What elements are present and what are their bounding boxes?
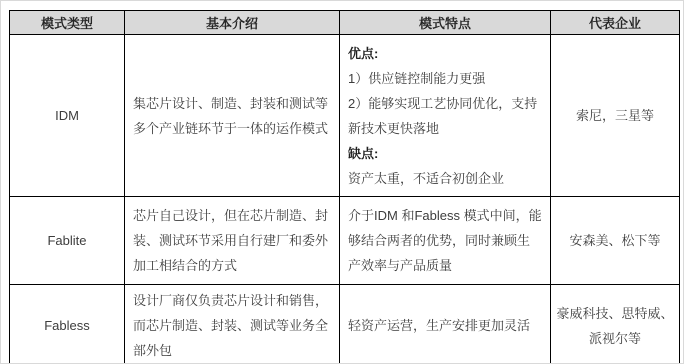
business-model-table: 模式类型 基本介绍 模式特点 代表企业 IDM 集芯片设计、制造、封装和测试等多… xyxy=(9,10,680,364)
features-advantage-1: 1）供应链控制能力更强 xyxy=(348,66,542,91)
cell-basic-intro: 设计厂商仅负责芯片设计和销售，而芯片制造、封装、测试等业务全部外包 xyxy=(125,285,340,364)
features-disadvantages-label: 缺点: xyxy=(348,141,542,166)
header-basic-intro: 基本介绍 xyxy=(125,11,340,35)
cell-representative-companies: 安森美、松下等 xyxy=(551,197,680,285)
cell-basic-intro: 集芯片设计、制造、封装和测试等多个产业链环节于一体的运作模式 xyxy=(125,35,340,197)
cell-representative-companies: 索尼，三星等 xyxy=(551,35,680,197)
cell-model-type: Fabless xyxy=(10,285,125,364)
features-text: 轻资产运营，生产安排更加灵活 xyxy=(348,313,542,338)
features-text: 介于IDM 和Fabless 模式中间，能够结合两者的优势，同时兼顾生产效率与产… xyxy=(348,203,542,278)
cell-model-features: 介于IDM 和Fabless 模式中间，能够结合两者的优势，同时兼顾生产效率与产… xyxy=(340,197,551,285)
features-advantage-2: 2）能够实现工艺协同优化，支持新技术更快落地 xyxy=(348,91,542,141)
features-disadvantage-1: 资产太重，不适合初创企业 xyxy=(348,166,542,191)
table-row-idm: IDM 集芯片设计、制造、封装和测试等多个产业链环节于一体的运作模式 优点: 1… xyxy=(10,35,680,197)
cell-model-type: IDM xyxy=(10,35,125,197)
cell-model-features: 优点: 1）供应链控制能力更强 2）能够实现工艺协同优化，支持新技术更快落地 缺… xyxy=(340,35,551,197)
features-advantages-label: 优点: xyxy=(348,41,542,66)
cell-representative-companies: 豪威科技、思特威、派视尔等 xyxy=(551,285,680,364)
cell-model-features: 轻资产运营，生产安排更加灵活 xyxy=(340,285,551,364)
header-model-type: 模式类型 xyxy=(10,11,125,35)
table-row-fabless: Fabless 设计厂商仅负责芯片设计和销售，而芯片制造、封装、测试等业务全部外… xyxy=(10,285,680,364)
table-row-fablite: Fablite 芯片自己设计，但在芯片制造、封装、测试环节采用自行建厂和委外加工… xyxy=(10,197,680,285)
header-row: 模式类型 基本介绍 模式特点 代表企业 xyxy=(10,11,680,35)
screenshot-canvas: 模式类型 基本介绍 模式特点 代表企业 IDM 集芯片设计、制造、封装和测试等多… xyxy=(0,0,684,364)
header-representative-companies: 代表企业 xyxy=(551,11,680,35)
cell-model-type: Fablite xyxy=(10,197,125,285)
header-model-features: 模式特点 xyxy=(340,11,551,35)
cell-basic-intro: 芯片自己设计，但在芯片制造、封装、测试环节采用自行建厂和委外加工相结合的方式 xyxy=(125,197,340,285)
